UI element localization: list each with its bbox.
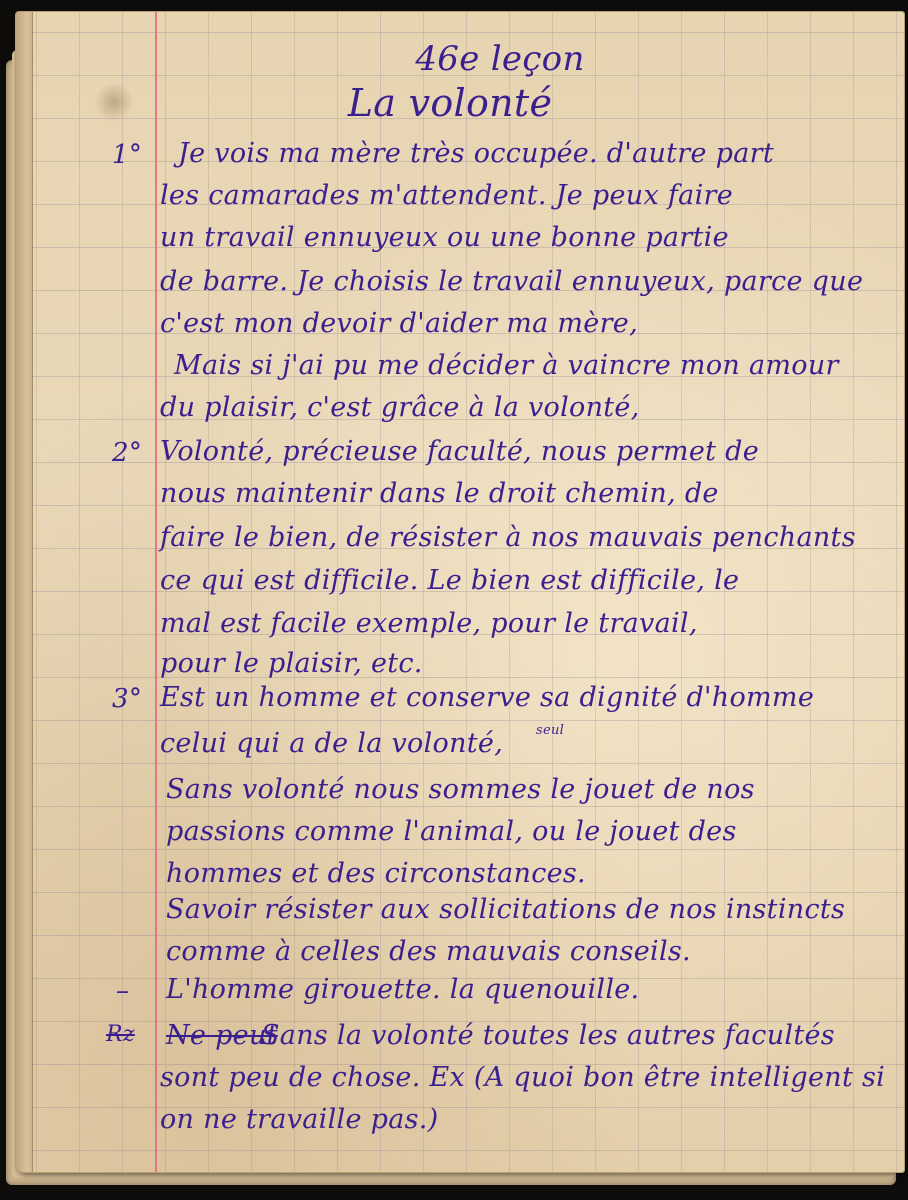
text-line: Je vois ma mère très occupée. d'autre pa… [178, 140, 894, 167]
list-dash: – [116, 976, 129, 1006]
text-line: sont peu de chose. Ex (A quoi bon être i… [160, 1064, 894, 1091]
text-line: pour le plaisir, etc. [160, 650, 894, 677]
section-2-marker: 2° [112, 438, 142, 468]
text-line: L'homme girouette. la quenouille. [166, 976, 894, 1003]
text-line: passions comme l'animal, ou le jouet des [166, 818, 894, 845]
text-line: les camarades m'attendent. Je peux faire [160, 182, 894, 209]
text-line: celui qui a de la volonté, [160, 730, 894, 757]
text-line: un travail ennuyeux ou une bonne partie [160, 224, 894, 251]
text-line: comme à celles des mauvais conseils. [166, 938, 894, 965]
text-line: faire le bien, de résister à nos mauvais… [160, 524, 894, 551]
section-1-marker: 1° [112, 140, 142, 170]
section-3-marker: 3° [112, 684, 142, 714]
text-line: Mais si j'ai pu me décider à vaincre mon… [174, 352, 894, 379]
text-line: du plaisir, c'est grâce à la volonté, [160, 394, 894, 421]
text-line: c'est mon devoir d'aider ma mère, [160, 310, 894, 337]
red-margin-line [155, 12, 157, 1172]
text-line: de barre. Je choisis le travail ennuyeux… [160, 268, 894, 295]
text-line: on ne travaille pas.) [160, 1106, 894, 1133]
struck-marker: Rz [106, 1022, 135, 1047]
text-line: ce qui est difficile. Le bien est diffic… [160, 567, 894, 594]
page-fold-edge [16, 12, 33, 1172]
text-line: Savoir résister aux sollicitations de no… [166, 896, 894, 923]
notebook-page: 46e leçon La volonté 1° Je vois ma mère … [16, 12, 904, 1172]
text-line: Sans volonté nous sommes le jouet de nos [166, 776, 894, 803]
page-title: La volonté [16, 84, 894, 122]
struck-text: Ne peut [166, 1022, 256, 1049]
text-line: mal est facile exemple, pour le travail, [160, 610, 894, 637]
text-line: Volonté, précieuse faculté, nous permet … [160, 438, 894, 465]
text-line: hommes et des circonstances. [166, 860, 894, 887]
lesson-number: 46e leçon [56, 42, 904, 76]
text-line: Est un homme et conserve sa dignité d'ho… [160, 684, 894, 711]
text-line: Sans la volonté toutes les autres facult… [261, 1022, 894, 1049]
text-line: nous maintenir dans le droit chemin, de [160, 480, 894, 507]
